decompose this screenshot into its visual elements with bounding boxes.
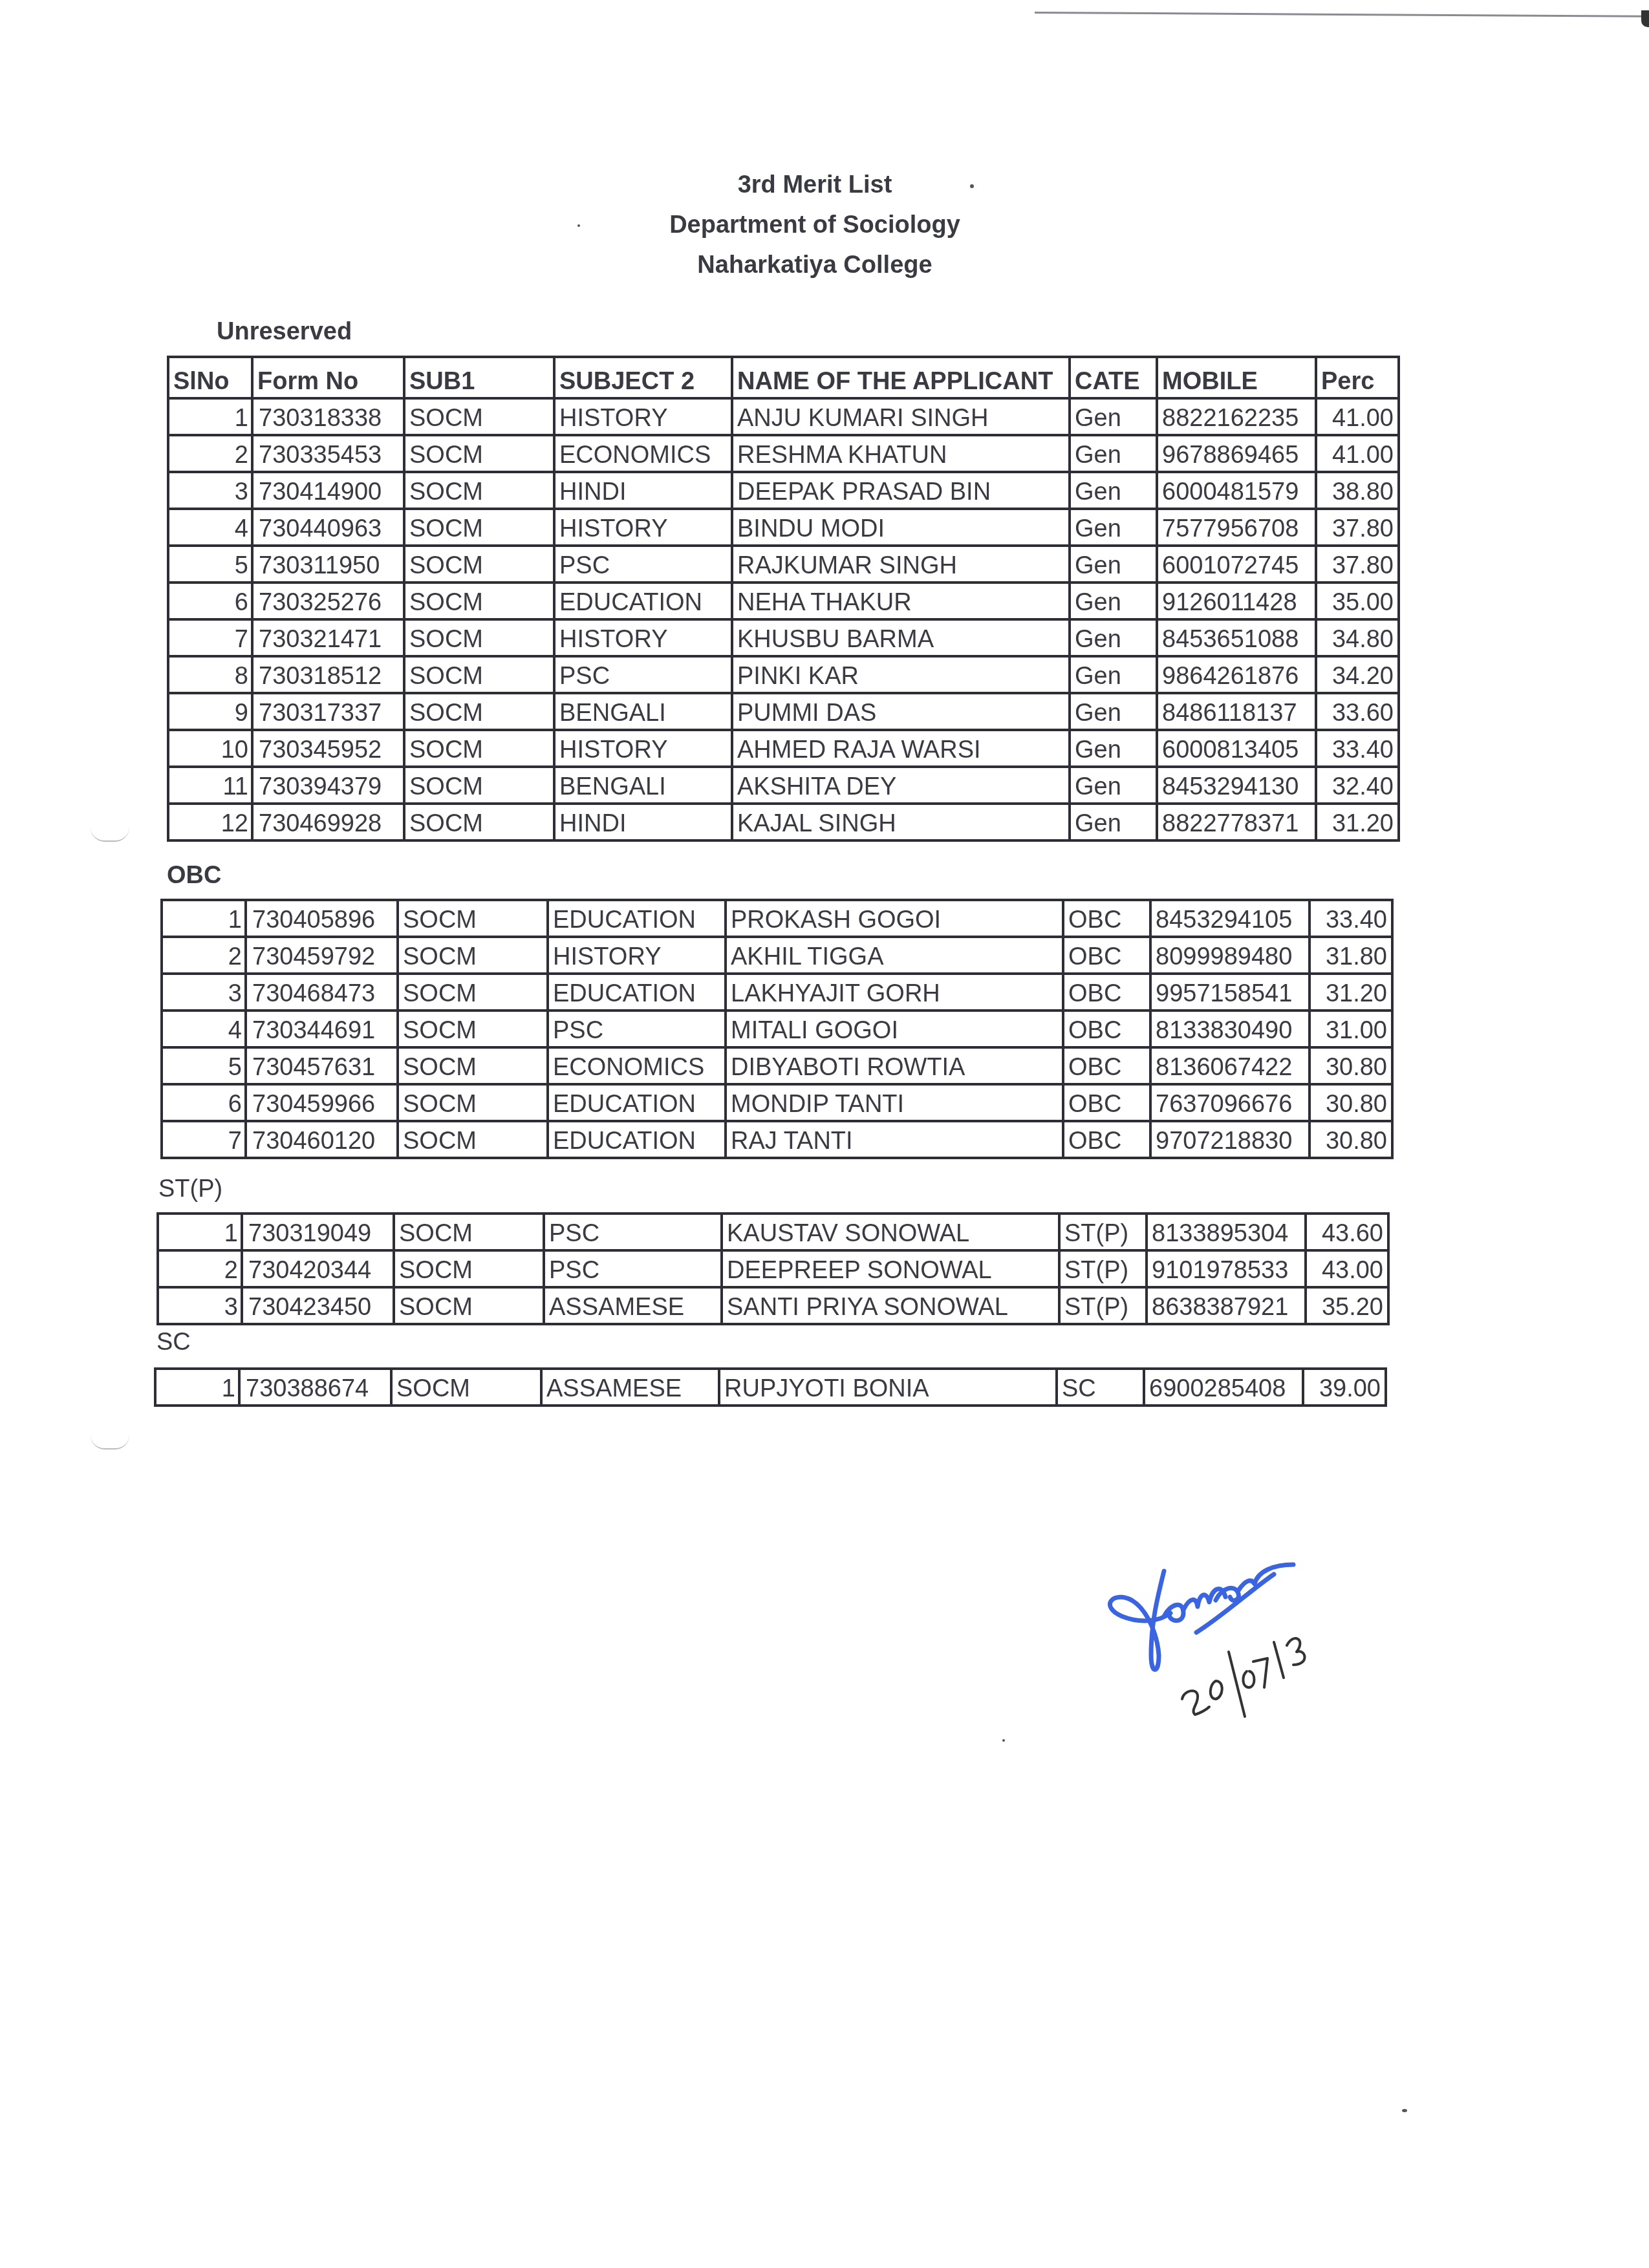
cell-percentage: 37.80 — [1316, 546, 1399, 583]
cell-applicant-name: PINKI KAR — [732, 656, 1070, 693]
cell-form-no: 730405896 — [246, 900, 398, 937]
cell-category: Gen — [1070, 619, 1157, 656]
cell-form-no: 730414900 — [252, 472, 404, 509]
margin-mark — [91, 1435, 129, 1450]
col-header-category: CATE — [1070, 357, 1157, 398]
cell-form-no: 730440963 — [252, 509, 404, 546]
cell-slno: 1 — [162, 900, 246, 937]
cell-mobile: 8822162235 — [1157, 398, 1316, 435]
cell-percentage: 31.00 — [1309, 1011, 1392, 1047]
obc-table: 1730405896SOCMEDUCATIONPROKASH GOGOIOBC8… — [160, 899, 1394, 1159]
cell-subject2: PSC — [544, 1250, 722, 1287]
cell-percentage: 41.00 — [1316, 435, 1399, 472]
cell-category: Gen — [1070, 546, 1157, 583]
cell-applicant-name: DIBYABOTI ROWTIA — [726, 1047, 1063, 1084]
table-row: 1730405896SOCMEDUCATIONPROKASH GOGOIOBC8… — [162, 900, 1392, 937]
cell-mobile: 9126011428 — [1157, 583, 1316, 619]
cell-subject2: HINDI — [554, 472, 732, 509]
cell-mobile: 7577956708 — [1157, 509, 1316, 546]
cell-subject2: HINDI — [554, 804, 732, 840]
table-row: 4730440963SOCMHISTORYBINDU MODIGen757795… — [168, 509, 1399, 546]
cell-applicant-name: RUPJYOTI BONIA — [719, 1369, 1057, 1406]
cell-sub1: SOCM — [404, 730, 554, 767]
cell-form-no: 730317337 — [252, 693, 404, 730]
table-row: 2730335453SOCMECONOMICSRESHMA KHATUNGen9… — [168, 435, 1399, 472]
cell-category: OBC — [1063, 1047, 1150, 1084]
cell-percentage: 34.80 — [1316, 619, 1399, 656]
cell-applicant-name: DEEPAK PRASAD BIN — [732, 472, 1070, 509]
table-row: 1730318338SOCMHISTORYANJU KUMARI SINGHGe… — [168, 398, 1399, 435]
cell-percentage: 30.80 — [1309, 1121, 1392, 1158]
cell-mobile: 6001072745 — [1157, 546, 1316, 583]
table-header-row: SlNo Form No SUB1 SUBJECT 2 NAME OF THE … — [168, 357, 1399, 398]
cell-slno: 4 — [168, 509, 252, 546]
cell-category: Gen — [1070, 767, 1157, 804]
signature-scrawl — [1110, 1565, 1293, 1670]
cell-sub1: SOCM — [404, 509, 554, 546]
table-row: 10730345952SOCMHISTORYAHMED RAJA WARSIGe… — [168, 730, 1399, 767]
table-row: 8730318512SOCMPSCPINKI KARGen98642618763… — [168, 656, 1399, 693]
cell-category: ST(P) — [1059, 1287, 1147, 1324]
cell-category: ST(P) — [1059, 1214, 1147, 1250]
cell-form-no: 730420344 — [242, 1250, 394, 1287]
col-header-perc: Perc — [1316, 357, 1399, 398]
cell-form-no: 730335453 — [252, 435, 404, 472]
cell-sub1: SOCM — [404, 693, 554, 730]
cell-form-no: 730394379 — [252, 767, 404, 804]
col-header-slno: SlNo — [168, 357, 252, 398]
cell-applicant-name: KHUSBU BARMA — [732, 619, 1070, 656]
table-row: 3730468473SOCMEDUCATIONLAKHYAJIT GORHOBC… — [162, 974, 1392, 1011]
unreserved-table: SlNo Form No SUB1 SUBJECT 2 NAME OF THE … — [167, 356, 1400, 842]
scan-speck — [577, 224, 580, 227]
cell-percentage: 33.40 — [1316, 730, 1399, 767]
cell-form-no: 730468473 — [246, 974, 398, 1011]
cell-applicant-name: RAJKUMAR SINGH — [732, 546, 1070, 583]
cell-category: Gen — [1070, 509, 1157, 546]
cell-form-no: 730469928 — [252, 804, 404, 840]
table-row: 3730414900SOCMHINDIDEEPAK PRASAD BINGen6… — [168, 472, 1399, 509]
table-row: 2730459792SOCMHISTORYAKHIL TIGGAOBC80999… — [162, 937, 1392, 974]
cell-sub1: SOCM — [394, 1287, 544, 1324]
cell-percentage: 31.20 — [1309, 974, 1392, 1011]
cell-percentage: 30.80 — [1309, 1084, 1392, 1121]
cell-mobile: 8136067422 — [1150, 1047, 1309, 1084]
cell-form-no: 730388674 — [239, 1369, 391, 1406]
cell-category: OBC — [1063, 1121, 1150, 1158]
cell-sub1: SOCM — [394, 1214, 544, 1250]
cell-slno: 6 — [162, 1084, 246, 1121]
cell-slno: 1 — [168, 398, 252, 435]
col-header-sub1: SUB1 — [404, 357, 554, 398]
cell-sub1: SOCM — [404, 435, 554, 472]
cell-form-no: 730459792 — [246, 937, 398, 974]
stp-table: 1730319049SOCMPSCKAUSTAV SONOWALST(P)813… — [156, 1212, 1390, 1325]
cell-sub1: SOCM — [404, 656, 554, 693]
cell-slno: 12 — [168, 804, 252, 840]
cell-form-no: 730318338 — [252, 398, 404, 435]
cell-subject2: BENGALI — [554, 693, 732, 730]
cell-applicant-name: AKSHITA DEY — [732, 767, 1070, 804]
cell-slno: 11 — [168, 767, 252, 804]
cell-percentage: 34.20 — [1316, 656, 1399, 693]
cell-category: Gen — [1070, 656, 1157, 693]
cell-slno: 2 — [158, 1250, 242, 1287]
table-row: 1730388674SOCMASSAMESERUPJYOTI BONIASC69… — [155, 1369, 1386, 1406]
cell-mobile: 8486118137 — [1157, 693, 1316, 730]
cell-applicant-name: DEEPREEP SONOWAL — [722, 1250, 1059, 1287]
cell-percentage: 35.00 — [1316, 583, 1399, 619]
col-header-mobile: MOBILE — [1157, 357, 1316, 398]
cell-percentage: 30.80 — [1309, 1047, 1392, 1084]
cell-sub1: SOCM — [404, 619, 554, 656]
cell-percentage: 33.60 — [1316, 693, 1399, 730]
cell-category: OBC — [1063, 1084, 1150, 1121]
cell-slno: 4 — [162, 1011, 246, 1047]
cell-percentage: 43.00 — [1306, 1250, 1388, 1287]
cell-mobile: 8453294105 — [1150, 900, 1309, 937]
cell-mobile: 9864261876 — [1157, 656, 1316, 693]
scan-speck — [970, 184, 974, 188]
table-row: 1730319049SOCMPSCKAUSTAV SONOWALST(P)813… — [158, 1214, 1388, 1250]
cell-form-no: 730311950 — [252, 546, 404, 583]
scan-speck — [1402, 2109, 1407, 2112]
cell-mobile: 7637096676 — [1150, 1084, 1309, 1121]
table-row: 12730469928SOCMHINDIKAJAL SINGHGen882277… — [168, 804, 1399, 840]
cell-applicant-name: MONDIP TANTI — [726, 1084, 1063, 1121]
cell-subject2: EDUCATION — [548, 1084, 726, 1121]
cell-applicant-name: SANTI PRIYA SONOWAL — [722, 1287, 1059, 1324]
cell-subject2: PSC — [554, 656, 732, 693]
cell-subject2: ECONOMICS — [548, 1047, 726, 1084]
cell-applicant-name: AKHIL TIGGA — [726, 937, 1063, 974]
cell-mobile: 6000481579 — [1157, 472, 1316, 509]
cell-percentage: 35.20 — [1306, 1287, 1388, 1324]
cell-mobile: 6900285408 — [1144, 1369, 1303, 1406]
cell-slno: 1 — [155, 1369, 239, 1406]
table-row: 9730317337SOCMBENGALIPUMMI DASGen8486118… — [168, 693, 1399, 730]
cell-percentage: 43.60 — [1306, 1214, 1388, 1250]
cell-percentage: 31.20 — [1316, 804, 1399, 840]
cell-percentage: 33.40 — [1309, 900, 1392, 937]
cell-slno: 6 — [168, 583, 252, 619]
table-row: 7730460120SOCMEDUCATIONRAJ TANTIOBC97072… — [162, 1121, 1392, 1158]
cell-slno: 5 — [162, 1047, 246, 1084]
table-row: 11730394379SOCMBENGALIAKSHITA DEYGen8453… — [168, 767, 1399, 804]
cell-slno: 3 — [162, 974, 246, 1011]
cell-slno: 10 — [168, 730, 252, 767]
cell-sub1: SOCM — [394, 1250, 544, 1287]
cell-subject2: ASSAMESE — [541, 1369, 719, 1406]
table-row: 6730459966SOCMEDUCATIONMONDIP TANTIOBC76… — [162, 1084, 1392, 1121]
cell-form-no: 730457631 — [246, 1047, 398, 1084]
col-header-form-no: Form No — [252, 357, 404, 398]
cell-slno: 7 — [168, 619, 252, 656]
cell-mobile: 8638387921 — [1147, 1287, 1306, 1324]
cell-subject2: HISTORY — [554, 730, 732, 767]
cell-subject2: ECONOMICS — [554, 435, 732, 472]
cell-category: Gen — [1070, 693, 1157, 730]
cell-slno: 2 — [162, 937, 246, 974]
cell-category: Gen — [1070, 583, 1157, 619]
cell-applicant-name: ANJU KUMARI SINGH — [732, 398, 1070, 435]
cell-applicant-name: NEHA THAKUR — [732, 583, 1070, 619]
cell-subject2: EDUCATION — [548, 900, 726, 937]
cell-category: Gen — [1070, 472, 1157, 509]
cell-percentage: 31.80 — [1309, 937, 1392, 974]
cell-mobile: 8453294130 — [1157, 767, 1316, 804]
cell-mobile: 8453651088 — [1157, 619, 1316, 656]
table-row: 4730344691SOCMPSCMITALI GOGOIOBC81338304… — [162, 1011, 1392, 1047]
cell-slno: 9 — [168, 693, 252, 730]
cell-sub1: SOCM — [398, 1011, 548, 1047]
table-row: 7730321471SOCMHISTORYKHUSBU BARMAGen8453… — [168, 619, 1399, 656]
cell-sub1: SOCM — [404, 398, 554, 435]
cell-category: OBC — [1063, 937, 1150, 974]
cell-applicant-name: KAJAL SINGH — [732, 804, 1070, 840]
cell-applicant-name: PROKASH GOGOI — [726, 900, 1063, 937]
cell-form-no: 730459966 — [246, 1084, 398, 1121]
table-row: 2730420344SOCMPSCDEEPREEP SONOWALST(P)91… — [158, 1250, 1388, 1287]
cell-sub1: SOCM — [398, 1047, 548, 1084]
scan-edge-artifact — [1035, 12, 1643, 17]
document-header: 3rd Merit List Department of Sociology N… — [0, 165, 1649, 285]
section-label-obc: OBC — [167, 862, 221, 890]
cell-mobile: 8133830490 — [1150, 1011, 1309, 1047]
cell-mobile: 9678869465 — [1157, 435, 1316, 472]
cell-percentage: 38.80 — [1316, 472, 1399, 509]
cell-mobile: 8133895304 — [1147, 1214, 1306, 1250]
scan-speck — [1002, 1739, 1005, 1742]
cell-slno: 8 — [168, 656, 252, 693]
cell-category: Gen — [1070, 804, 1157, 840]
department-name: Department of Sociology — [0, 205, 1649, 245]
cell-form-no: 730321471 — [252, 619, 404, 656]
margin-mark — [91, 828, 129, 842]
cell-form-no: 730318512 — [252, 656, 404, 693]
cell-subject2: ASSAMESE — [544, 1287, 722, 1324]
cell-subject2: HISTORY — [554, 509, 732, 546]
cell-category: OBC — [1063, 900, 1150, 937]
cell-mobile: 9101978533 — [1147, 1250, 1306, 1287]
cell-category: SC — [1057, 1369, 1144, 1406]
cell-percentage: 32.40 — [1316, 767, 1399, 804]
cell-subject2: HISTORY — [554, 619, 732, 656]
cell-slno: 3 — [168, 472, 252, 509]
cell-mobile: 9707218830 — [1150, 1121, 1309, 1158]
college-name: Naharkatiya College — [0, 245, 1649, 285]
cell-applicant-name: AHMED RAJA WARSI — [732, 730, 1070, 767]
cell-subject2: PSC — [548, 1011, 726, 1047]
sc-table: 1730388674SOCMASSAMESERUPJYOTI BONIASC69… — [154, 1367, 1387, 1407]
cell-applicant-name: PUMMI DAS — [732, 693, 1070, 730]
cell-slno: 2 — [168, 435, 252, 472]
cell-sub1: SOCM — [404, 804, 554, 840]
cell-mobile: 8822778371 — [1157, 804, 1316, 840]
table-row: 5730311950SOCMPSCRAJKUMAR SINGHGen600107… — [168, 546, 1399, 583]
cell-form-no: 730319049 — [242, 1214, 394, 1250]
cell-category: Gen — [1070, 730, 1157, 767]
cell-category: Gen — [1070, 398, 1157, 435]
cell-sub1: SOCM — [398, 974, 548, 1011]
merit-list-title: 3rd Merit List — [0, 165, 1649, 205]
cell-applicant-name: RAJ TANTI — [726, 1121, 1063, 1158]
cell-percentage: 41.00 — [1316, 398, 1399, 435]
handwritten-date — [1182, 1638, 1305, 1717]
cell-sub1: SOCM — [404, 472, 554, 509]
cell-sub1: SOCM — [398, 900, 548, 937]
cell-slno: 7 — [162, 1121, 246, 1158]
col-header-name: NAME OF THE APPLICANT — [732, 357, 1070, 398]
cell-category: Gen — [1070, 435, 1157, 472]
cell-sub1: SOCM — [398, 1121, 548, 1158]
cell-slno: 5 — [168, 546, 252, 583]
cell-mobile: 9957158541 — [1150, 974, 1309, 1011]
cell-slno: 1 — [158, 1214, 242, 1250]
cell-applicant-name: KAUSTAV SONOWAL — [722, 1214, 1059, 1250]
col-header-subject2: SUBJECT 2 — [554, 357, 732, 398]
cell-subject2: PSC — [544, 1214, 722, 1250]
cell-applicant-name: LAKHYAJIT GORH — [726, 974, 1063, 1011]
cell-subject2: BENGALI — [554, 767, 732, 804]
cell-subject2: PSC — [554, 546, 732, 583]
cell-subject2: HISTORY — [548, 937, 726, 974]
cell-subject2: EDUCATION — [548, 1121, 726, 1158]
cell-category: ST(P) — [1059, 1250, 1147, 1287]
cell-sub1: SOCM — [398, 937, 548, 974]
cell-slno: 3 — [158, 1287, 242, 1324]
cell-form-no: 730325276 — [252, 583, 404, 619]
cell-category: OBC — [1063, 1011, 1150, 1047]
table-row: 3730423450SOCMASSAMESESANTI PRIYA SONOWA… — [158, 1287, 1388, 1324]
cell-sub1: SOCM — [404, 546, 554, 583]
cell-category: OBC — [1063, 974, 1150, 1011]
cell-form-no: 730344691 — [246, 1011, 398, 1047]
cell-percentage: 37.80 — [1316, 509, 1399, 546]
section-label-unreserved: Unreserved — [217, 318, 352, 346]
cell-subject2: EDUCATION — [548, 974, 726, 1011]
cell-sub1: SOCM — [391, 1369, 541, 1406]
section-label-sc: SC — [156, 1329, 191, 1356]
cell-applicant-name: RESHMA KHATUN — [732, 435, 1070, 472]
scan-corner-artifact — [1641, 10, 1649, 27]
cell-form-no: 730345952 — [252, 730, 404, 767]
signature-with-date — [1086, 1526, 1358, 1720]
cell-applicant-name: BINDU MODI — [732, 509, 1070, 546]
cell-sub1: SOCM — [404, 583, 554, 619]
cell-form-no: 730423450 — [242, 1287, 394, 1324]
cell-sub1: SOCM — [404, 767, 554, 804]
cell-sub1: SOCM — [398, 1084, 548, 1121]
cell-form-no: 730460120 — [246, 1121, 398, 1158]
table-row: 5730457631SOCMECONOMICSDIBYABOTI ROWTIAO… — [162, 1047, 1392, 1084]
cell-applicant-name: MITALI GOGOI — [726, 1011, 1063, 1047]
cell-subject2: EDUCATION — [554, 583, 732, 619]
section-label-stp: ST(P) — [158, 1175, 222, 1203]
cell-subject2: HISTORY — [554, 398, 732, 435]
table-row: 6730325276SOCMEDUCATIONNEHA THAKURGen912… — [168, 583, 1399, 619]
cell-mobile: 8099989480 — [1150, 937, 1309, 974]
cell-mobile: 6000813405 — [1157, 730, 1316, 767]
cell-percentage: 39.00 — [1303, 1369, 1386, 1406]
